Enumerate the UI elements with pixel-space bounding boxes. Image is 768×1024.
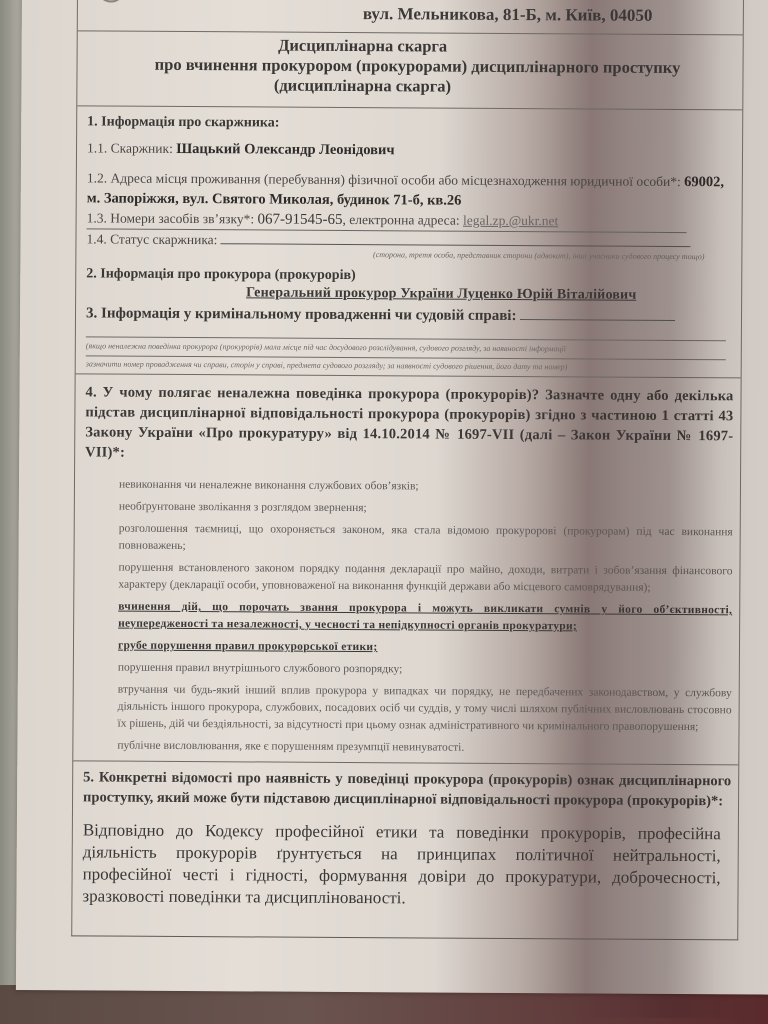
address-label: 1.2. Адреса місця проживання (перебуванн…: [87, 170, 681, 189]
email-link[interactable]: legal.zp.@ukr.net: [463, 213, 558, 229]
title-line-3: (дисциплінарна скарга): [77, 74, 742, 98]
ground-option[interactable]: втручання чи будь-який інший вплив проку…: [117, 682, 731, 737]
title-line-2: про вчинення прокурором (прокурорами) ди…: [77, 54, 742, 78]
ground-option[interactable]: грубе порушення правил прокурорської ети…: [118, 638, 732, 659]
misconduct-details-answer[interactable]: Відповідно до Кодексу професійної етики …: [82, 819, 731, 911]
case-info-field[interactable]: [520, 307, 675, 321]
section-divider: [76, 373, 741, 378]
complainant-row: 1.1. Скаржник: Шацький Олександр Леонідо…: [87, 138, 735, 162]
address-row: 1.2. Адреса місця проживання (перебуванн…: [87, 168, 735, 212]
status-field[interactable]: [221, 231, 691, 247]
complaint-form: КОМІСІЯ ... вул. Мельникова, 81-Б, м. Ки…: [71, 0, 744, 940]
section-5-heading: 5. Конкретні відомості про наявність у п…: [83, 767, 731, 811]
section-1-heading: 1. Інформація про скаржника:: [87, 114, 735, 134]
form-title: Дисциплінарна скарга про вчинення прокур…: [77, 30, 742, 110]
section-3-row: 3. Інформація у кримінальному провадженн…: [86, 304, 734, 326]
status-row: 1.4. Статус скаржника:: [86, 229, 734, 252]
ground-option[interactable]: розголошення таємниці, що охороняється з…: [119, 521, 733, 559]
complainant-label: 1.1. Скаржник:: [87, 140, 173, 156]
contacts-label: 1.3. Номери засобів зв’язку*:: [87, 210, 255, 226]
email-label: , електронна адреса:: [342, 212, 459, 228]
section-4-heading: 4. У чому полягає неналежна поведінка пр…: [85, 382, 733, 466]
ground-option[interactable]: необґрунтоване зволікання з розглядом зв…: [119, 499, 733, 520]
section-3-heading: 3. Інформація у кримінальному провадженн…: [86, 305, 517, 324]
commission-address: вул. Мельникова, 81-Б, м. Київ, 04050: [363, 4, 653, 26]
phone-value[interactable]: 067-91545-65: [257, 211, 342, 228]
ground-option[interactable]: порушення правил внутрішнього службового…: [118, 660, 732, 681]
complainant-name[interactable]: Шацький Олександр Леонідович: [176, 141, 394, 158]
case-info-line[interactable]: [86, 336, 726, 341]
ground-option[interactable]: вчинення дій, що порочать звання прокуро…: [118, 599, 732, 637]
commission-name: КОМІСІЯ ...: [363, 0, 481, 3]
ground-option[interactable]: публічне висловлювання, яке є порушенням…: [117, 738, 731, 759]
case-hint-2: зазначити номер провадження чи справи, с…: [86, 359, 734, 373]
case-hint-1: (якщо неналежна поведінка прокурора (про…: [86, 341, 734, 355]
grounds-list: невиконання чи неналежне виконання служб…: [83, 476, 733, 758]
prosecutor-row: Генеральний прокурор України Луценко Юрі…: [86, 282, 734, 304]
ground-option[interactable]: невиконання чи неналежне виконання служб…: [119, 477, 733, 498]
paper-sheet: КОМІСІЯ ... вул. Мельникова, 81-Б, м. Ки…: [16, 0, 768, 995]
status-label: 1.4. Статус скаржника:: [86, 231, 217, 247]
prosecutor-value[interactable]: Генеральний прокурор України Луценко Юрі…: [246, 285, 636, 302]
ground-option[interactable]: порушення встановленого законом порядку …: [118, 560, 732, 598]
section-divider-2: [73, 760, 738, 765]
form-content: 1. Інформація про скаржника: 1.1. Скаржн…: [82, 108, 735, 911]
